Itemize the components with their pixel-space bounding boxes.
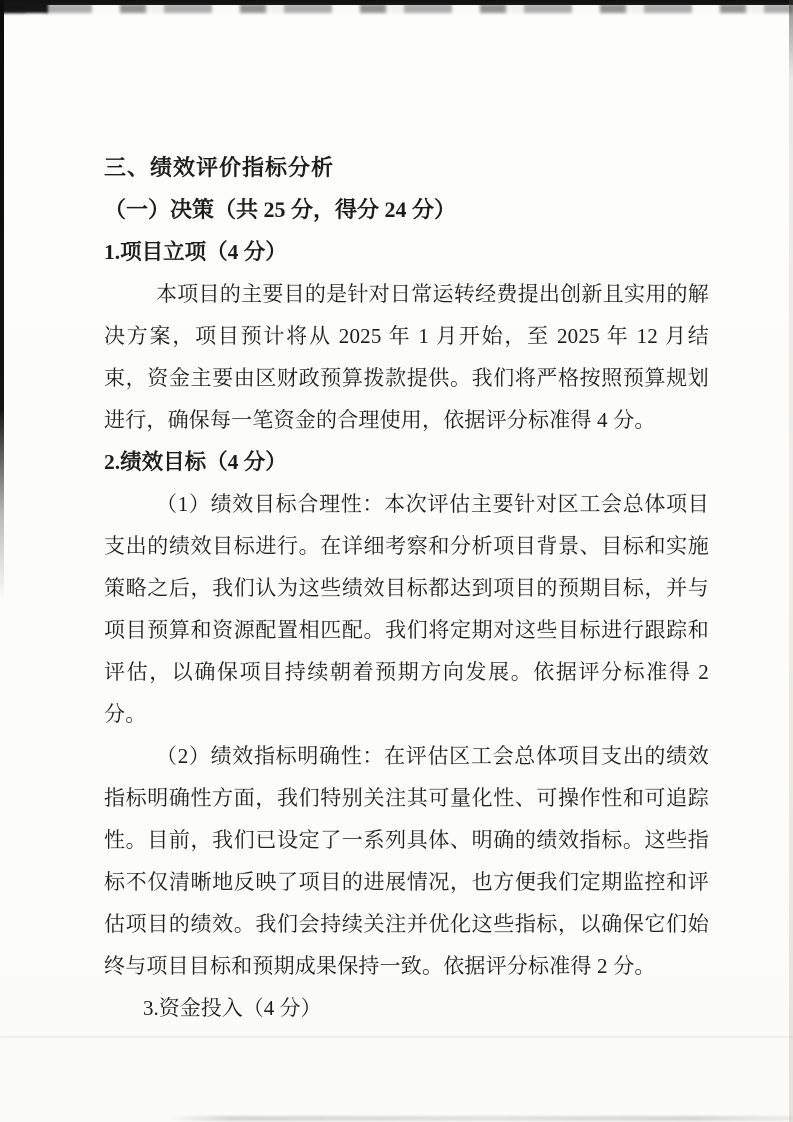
scan-artifact-left-edge [0,0,4,600]
doc-title: 三、绩效评价指标分析 [104,147,709,189]
item2-paragraph-goal-rationality: （1）绩效目标合理性：本次评估主要针对区工会总体项目支出的绩效目标进行。在详细考… [104,483,709,735]
scan-artifact-top-streaks [0,4,793,13]
item2-paragraph-indicator-clarity: （2）绩效指标明确性：在评估区工会总体项目支出的绩效指标明确性方面，我们特别关注… [104,735,709,987]
document-body: 三、绩效评价指标分析 （一）决策（共 25 分，得分 24 分） 1.项目立项（… [104,147,709,1029]
scan-artifact-bottom-smudge [168,1116,793,1121]
scan-artifact-top-left-corner [0,0,48,13]
item3-heading-fund-investment: 3.资金投入（4 分） [104,987,709,1029]
item1-paragraph: 本项目的主要目的是针对日常运转经费提出创新且实用的解决方案，项目预计将从 202… [104,273,709,441]
scan-artifact-right-edge [789,0,793,1122]
item1-heading-project-initiation: 1.项目立项（4 分） [104,231,709,273]
scanned-page: 三、绩效评价指标分析 （一）决策（共 25 分，得分 24 分） 1.项目立项（… [0,0,793,1122]
scan-artifact-faint-line [0,1036,793,1038]
section-heading-decision: （一）决策（共 25 分，得分 24 分） [104,189,709,231]
item2-heading-performance-goals: 2.绩效目标（4 分） [104,441,709,483]
